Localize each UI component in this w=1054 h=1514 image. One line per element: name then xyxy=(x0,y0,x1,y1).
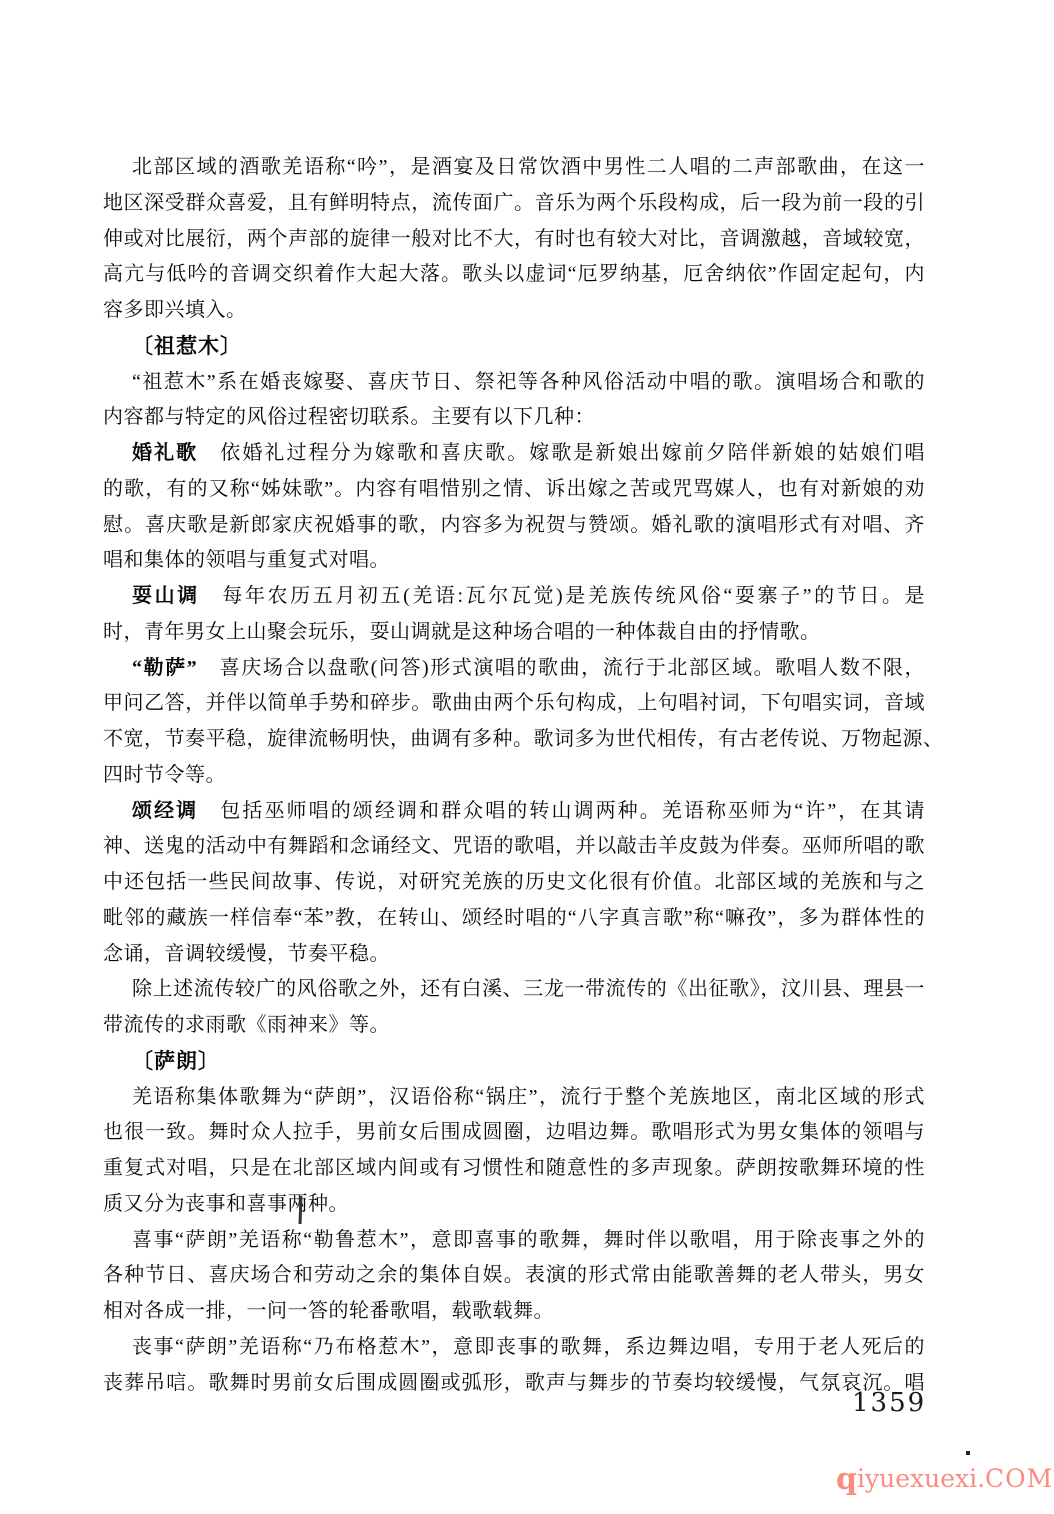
watermark-text: iyuexuexi. xyxy=(857,1464,985,1493)
text-line: 重复式对唱，只是在北部区域内间或有习惯性和随意性的多声现象。萨朗按歌舞环境的性 xyxy=(103,1151,925,1187)
text-line: 念诵，音调较缓慢，节奏平稳。 xyxy=(103,937,925,973)
bold-term: 颂经调 xyxy=(132,800,198,822)
text-line: “祖惹木”系在婚丧嫁娶、喜庆节日、祭祀等各种风俗活动中唱的歌。演唱场合和歌的 xyxy=(103,365,925,401)
watermark-q: q xyxy=(836,1462,857,1497)
text-line: 高亢与低吟的音调交织着作大起大落。歌头以虚词“厄罗纳基，厄舍纳依”作固定起句，内 xyxy=(103,257,925,293)
watermark: qiyuexuexi.COM xyxy=(836,1464,1053,1495)
text-line: 质又分为丧事和喜事两种。 xyxy=(103,1187,925,1223)
text-line: 甲问乙答，并伴以简单手势和碎步。歌曲由两个乐句构成，上句唱衬词，下句唱实词，音域 xyxy=(103,686,925,722)
text-line: 唱和集体的领唱与重复式对唱。 xyxy=(103,543,925,579)
text-line: 中还包括一些民间故事、传说，对研究羌族的历史文化很有价值。北部区域的羌族和与之 xyxy=(103,865,925,901)
text-column: 北部区域的酒歌羌语称“吟”，是酒宴及日常饮酒中男性二人唱的二声部歌曲，在这一地区… xyxy=(103,150,925,1401)
text-line: 伸或对比展衍，两个声部的旋律一般对比不大，有时也有较大对比，音调激越，音域较宽， xyxy=(103,222,925,258)
text-line: 地区深受群众喜爱，且有鲜明特点，流传面广。音乐为两个乐段构成，后一段为前一段的引 xyxy=(103,186,925,222)
watermark-domain: COM xyxy=(985,1464,1053,1493)
dot-artifact xyxy=(966,1451,970,1455)
text-line: 四时节令等。 xyxy=(103,758,925,794)
text-line: 颂经调 包括巫师唱的颂经调和群众唱的转山调两种。羌语称巫师为“许”，在其请 xyxy=(103,794,925,830)
text-line: 时，青年男女上山聚会玩乐，耍山调就是这种场合唱的一种体裁自由的抒情歌。 xyxy=(103,615,925,651)
text-line: 羌语称集体歌舞为“萨朗”，汉语俗称“锅庄”，流行于整个羌族地区，南北区域的形式 xyxy=(103,1080,925,1116)
text-line: 婚礼歌 依婚礼过程分为嫁歌和喜庆歌。嫁歌是新娘出嫁前夕陪伴新娘的姑娘们唱 xyxy=(103,436,925,472)
section-heading: 〔祖惹木〕 xyxy=(103,329,925,365)
section-heading: 〔萨朗〕 xyxy=(103,1044,925,1080)
text-line: 喜事“萨朗”羌语称“勒鲁惹木”，意即喜事的歌舞，舞时伴以歌唱，用于除丧事之外的 xyxy=(103,1223,925,1259)
text-line: 慰。喜庆歌是新郎家庆祝婚事的歌，内容多为祝贺与赞颂。婚礼歌的演唱形式有对唱、齐 xyxy=(103,508,925,544)
scanned-book-page: 北部区域的酒歌羌语称“吟”，是酒宴及日常饮酒中男性二人唱的二声部歌曲，在这一地区… xyxy=(0,0,1054,1514)
bold-term: “勒萨” xyxy=(132,657,197,679)
text-line: 除上述流传较广的风俗歌之外，还有白溪、三龙一带流传的《出征歌》，汶川县、理县一 xyxy=(103,972,925,1008)
text-line: 神、送鬼的活动中有舞蹈和念诵经文、咒语的歌唱，并以敲击羊皮鼓为伴奏。巫师所唱的歌 xyxy=(103,829,925,865)
text-line: 相对各成一排，一问一答的轮番歌唱，载歌载舞。 xyxy=(103,1294,925,1330)
bold-term: 耍山调 xyxy=(132,585,200,607)
text-line: 丧事“萨朗”羌语称“乃布格惹木”，意即丧事的歌舞，系边舞边唱，专用于老人死后的 xyxy=(103,1330,925,1366)
text-line: 的歌，有的又称“姊妹歌”。内容有唱惜别之情、诉出嫁之苦或咒骂媒人，也有对新娘的劝 xyxy=(103,472,925,508)
text-line: 也很一致。舞时众人拉手，男前女后围成圆圈，边唱边舞。歌唱形式为男女集体的领唱与 xyxy=(103,1115,925,1151)
text-line: 不宽，节奏平稳，旋律流畅明快，曲调有多种。歌词多为世代相传，有古老传说、万物起源… xyxy=(103,722,925,758)
text-line: 内容都与特定的风俗过程密切联系。主要有以下几种： xyxy=(103,400,925,436)
page-number: 1359 xyxy=(852,1388,926,1418)
text-line: 容多即兴填入。 xyxy=(103,293,925,329)
text-line: 毗邻的藏族一样信奉“苯”教，在转山、颂经时唱的“八字真言歌”称“嘛孜”，多为群体… xyxy=(103,901,925,937)
text-line: 丧葬吊唁。歌舞时男前女后围成圆圈或弧形，歌声与舞步的节奏均较缓慢，气氛哀沉。唱 xyxy=(103,1366,925,1402)
text-line: 耍山调 每年农历五月初五(羌语:瓦尔瓦觉)是羌族传统风俗“耍寨子”的节日。是 xyxy=(103,579,925,615)
text-line: 各种节日、喜庆场合和劳动之余的集体自娱。表演的形式常由能歌善舞的老人带头，男女 xyxy=(103,1258,925,1294)
text-line: 北部区域的酒歌羌语称“吟”，是酒宴及日常饮酒中男性二人唱的二声部歌曲，在这一 xyxy=(103,150,925,186)
text-line: 带流传的求雨歌《雨神来》等。 xyxy=(103,1008,925,1044)
text-line: “勒萨” 喜庆场合以盘歌(问答)形式演唱的歌曲，流行于北部区域。歌唱人数不限， xyxy=(103,651,925,687)
bold-term: 婚礼歌 xyxy=(132,442,198,464)
